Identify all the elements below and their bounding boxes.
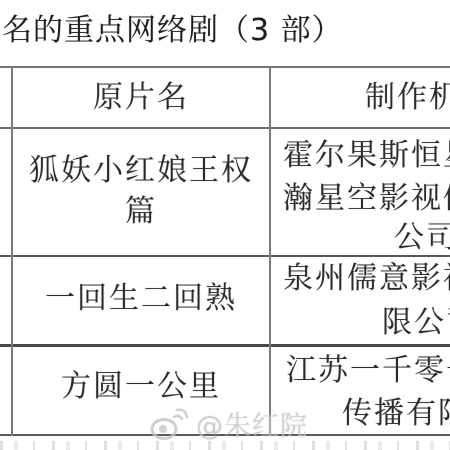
- row3-producer-line2: 传播有限公: [342, 399, 450, 429]
- row2-title-line1: 一回生二回熟: [12, 284, 270, 314]
- row1-producer-line3: 公司: [394, 223, 450, 253]
- row1-producer-line1: 霍尔果斯恒星: [283, 141, 450, 171]
- row2-producer-line1: 泉州儒意影视: [283, 264, 450, 294]
- watermark-handle: @朱红院: [196, 404, 308, 443]
- table-border-top: [0, 66, 450, 68]
- row1-producer-line2: 瀚星空影视传: [283, 184, 450, 214]
- row3-producer-line1: 江苏一千零一: [286, 356, 450, 386]
- header-original-title: 原片名: [12, 83, 270, 113]
- table-border-row2-bottom: [0, 344, 450, 347]
- row2-producer-line2: 限公司: [382, 308, 450, 338]
- table-border-row1-bottom: [0, 255, 450, 257]
- row1-title-line2: 篇: [12, 197, 270, 227]
- table-border-header-bottom: [0, 127, 450, 129]
- row3-title-line1: 方圆一公里: [12, 372, 270, 402]
- document-table-crop: 名的重点网络剧（3 部） 原片名 制作机构 狐妖小红娘王权 篇 霍尔果斯恒星 瀚…: [0, 0, 450, 450]
- section-title: 名的重点网络剧（3 部）: [2, 16, 343, 46]
- watermark: @朱红院: [150, 404, 308, 443]
- header-production-company: 制作机构: [365, 83, 450, 113]
- weibo-logo-icon: [150, 407, 190, 441]
- row1-title-line1: 狐妖小红娘王权: [12, 156, 270, 186]
